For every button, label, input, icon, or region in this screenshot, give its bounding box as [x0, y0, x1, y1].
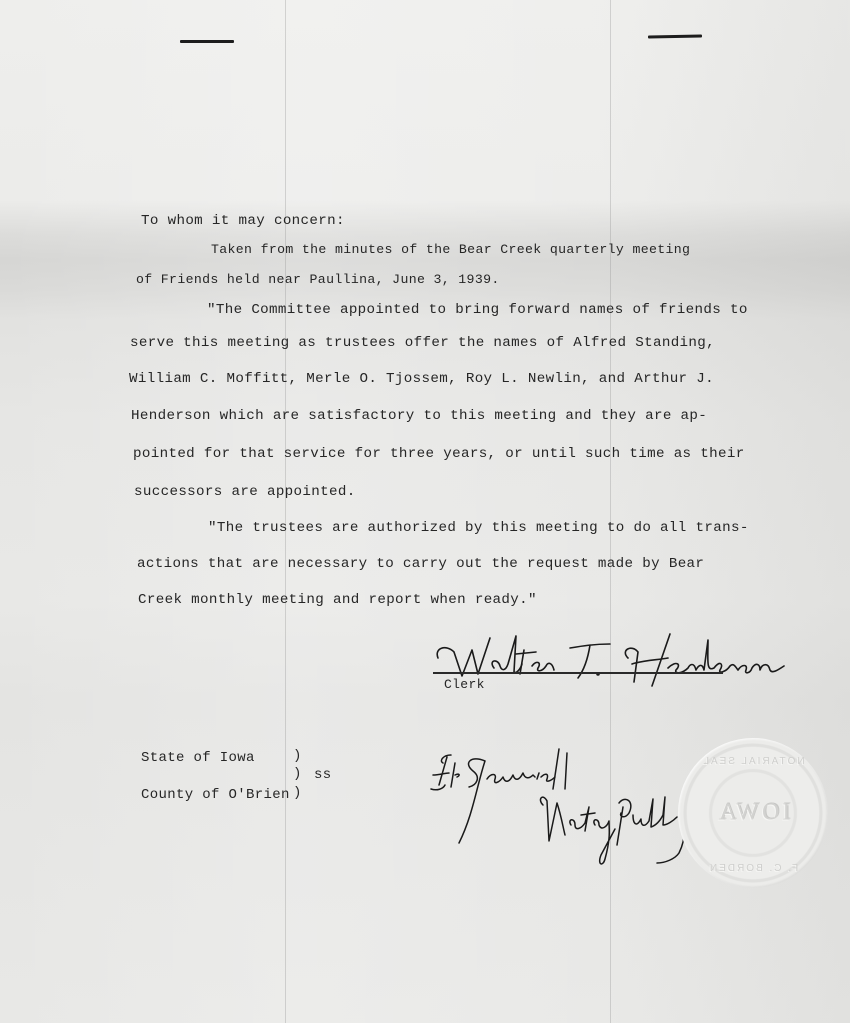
document-page: To whom it may concern: Taken from the m… [0, 0, 850, 1023]
seal-top-text: NOTARIAL SEAL [678, 756, 828, 767]
notary-signature: F. C. Borden [425, 745, 695, 875]
body-line: pointed for that service for three years… [133, 446, 745, 462]
clerk-signature: Walter T. Henderson [432, 630, 812, 690]
venue-county: County of O'Brien [141, 787, 290, 803]
ink-mark [180, 40, 234, 43]
seal-center-text: IOWA [716, 800, 791, 827]
salutation: To whom it may concern: [141, 213, 345, 229]
signature-line [433, 672, 723, 674]
fold-crease [285, 0, 286, 1023]
venue-brace: ) [293, 748, 302, 764]
body-line: William C. Moffitt, Merle O. Tjossem, Ro… [129, 371, 714, 387]
body-line: Creek monthly meeting and report when re… [138, 592, 537, 608]
body-line: "The Committee appointed to bring forwar… [207, 302, 748, 318]
venue-brace: ) [293, 766, 302, 782]
body-line: Taken from the minutes of the Bear Creek… [211, 242, 690, 257]
seal-bottom-text: F. C. BORDEN [678, 863, 828, 874]
body-line: Henderson which are satisfactory to this… [131, 408, 707, 424]
body-line: "The trustees are authorized by this mee… [208, 520, 749, 536]
body-line: of Friends held near Paullina, June 3, 1… [136, 272, 500, 287]
venue-brace: ) [293, 785, 302, 801]
body-line: successors are appointed. [134, 484, 356, 500]
clerk-title: Clerk [444, 677, 485, 692]
ink-mark [648, 35, 702, 39]
venue-ss: ss [314, 767, 332, 783]
notary-seal: NOTARIAL SEAL IOWA F. C. BORDEN [678, 738, 828, 888]
body-line: serve this meeting as trustees offer the… [130, 335, 715, 351]
venue-state: State of Iowa [141, 750, 255, 766]
body-line: actions that are necessary to carry out … [137, 556, 704, 572]
